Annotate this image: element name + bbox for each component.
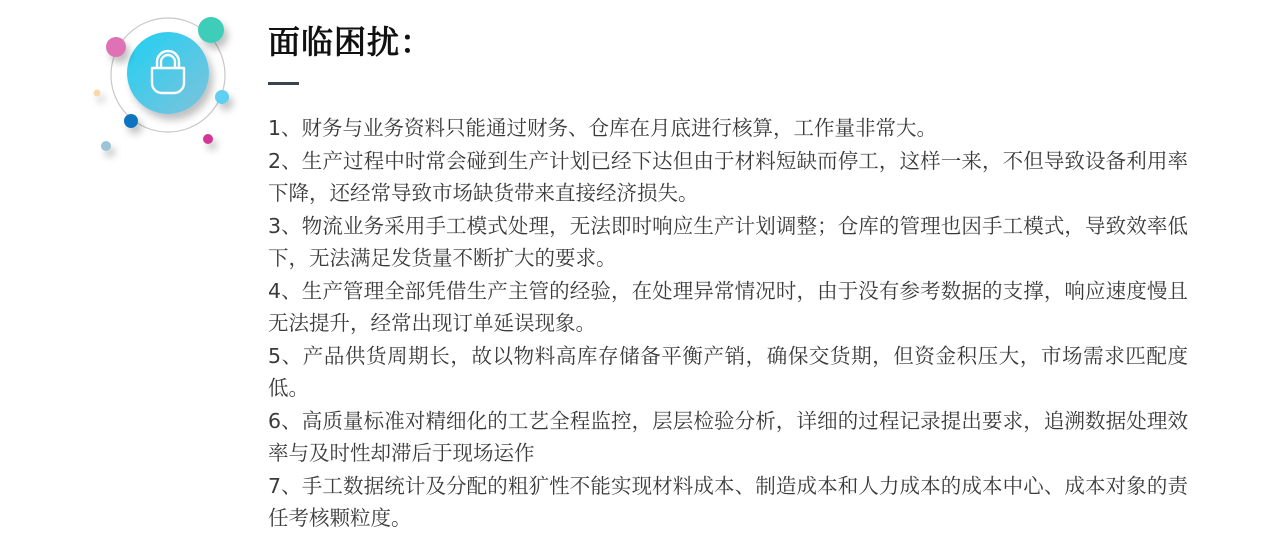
problem-item-6: 6、高质量标准对精细化的工艺全程监控，层层检验分析，详细的过程记录提出要求，追溯… [268,405,1188,470]
magenta-dot [203,134,213,144]
dark-blue-dot [124,114,138,128]
grey-blue-dot [101,141,111,151]
problem-list: 1、财务与业务资料只能通过财务、仓库在月底进行核算，工作量非常大。 2、生产过程… [268,112,1188,535]
problem-item-2: 2、生产过程中时常会碰到生产计划已经下达但由于材料短缺而停工，这样一来，不但导致… [268,145,1188,210]
teal-dot [198,17,224,43]
problem-item-1: 1、财务与业务资料只能通过财务、仓库在月底进行核算，工作量非常大。 [268,112,1188,145]
peach-dot [94,90,101,97]
problem-item-5: 5、产品供货周期长，故以物料高库存储备平衡产销，确保交货期，但资金积压大，市场需… [268,340,1188,405]
lock-illustration [80,0,260,170]
pink-dot [106,37,126,57]
light-blue-dot [215,90,229,104]
problem-item-7: 7、手工数据统计及分配的粗犷性不能实现材料成本、制造成本和人力成本的成本中心、成… [268,470,1188,535]
problem-item-4: 4、生产管理全部凭借生产主管的经验，在处理异常情况时，由于没有参考数据的支撑，响… [268,275,1188,340]
title-underline-divider [268,82,299,85]
section-title: 面临困扰： [268,20,433,64]
lock-circle [127,32,209,114]
problem-item-3: 3、物流业务采用手工模式处理，无法即时响应生产计划调整；仓库的管理也因手工模式，… [268,210,1188,275]
